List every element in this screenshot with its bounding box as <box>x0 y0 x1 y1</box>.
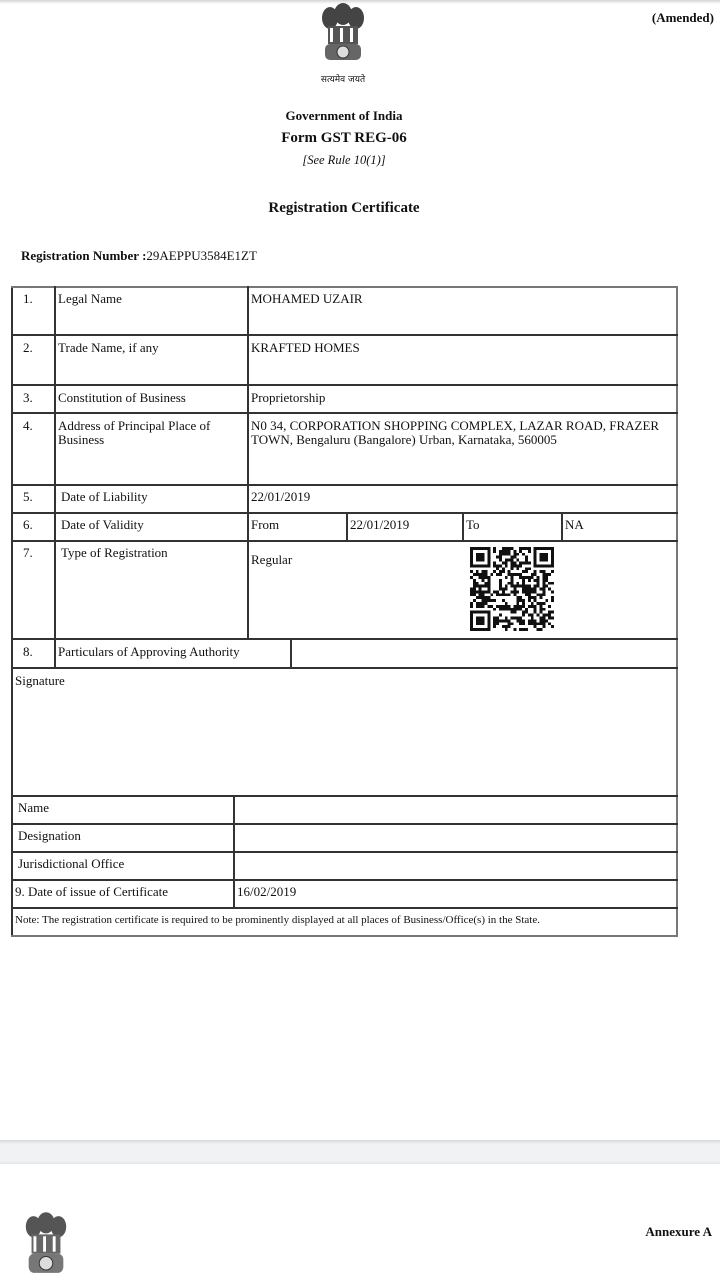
display-note: Note: The registration certificate is re… <box>15 913 540 927</box>
row-type-value: Regular <box>251 553 292 567</box>
row-legal-name-label: Legal Name <box>58 292 122 306</box>
row-constitution-label: Constitution of Business <box>58 391 186 405</box>
page-separator <box>0 1140 720 1164</box>
issue-date-value: 16/02/2019 <box>237 885 296 899</box>
row-address-label: Address of Principal Place of Business <box>58 419 238 447</box>
validity-from-label: From <box>251 518 279 532</box>
validity-from-value: 22/01/2019 <box>350 518 409 532</box>
row-trade-name-label: Trade Name, if any <box>58 341 159 355</box>
row-constitution-value: Proprietorship <box>251 391 325 405</box>
row-approving-num: 8. <box>23 645 33 659</box>
row-trade-name-value: KRAFTED HOMES <box>251 341 360 355</box>
row-type-label: Type of Registration <box>61 546 168 560</box>
amended-label: (Amended) <box>652 10 714 26</box>
national-emblem-icon <box>316 0 370 72</box>
row-legal-name-value: MOHAMED UZAIR <box>251 292 363 306</box>
registration-number-label: Registration Number : <box>21 248 146 263</box>
emblem-motto: सत्यमेव जयते <box>310 72 376 85</box>
row-approving-label: Particulars of Approving Authority <box>58 645 240 659</box>
authority-office-label: Jurisdictional Office <box>18 857 124 871</box>
row-constitution-num: 3. <box>23 391 33 405</box>
validity-to-label: To <box>466 518 480 532</box>
row-liability-value: 22/01/2019 <box>251 490 310 504</box>
rule-reference: [See Rule 10(1)] <box>0 153 688 168</box>
issue-date-label: 9. Date of issue of Certificate <box>15 885 168 899</box>
form-title: Form GST REG-06 <box>0 130 688 147</box>
authority-designation-label: Designation <box>18 829 81 843</box>
row-type-num: 7. <box>23 546 33 560</box>
validity-to-value: NA <box>565 518 584 532</box>
signature-label: Signature <box>15 674 65 688</box>
annexure-label: Annexure A <box>645 1224 712 1240</box>
row-liability-label: Date of Liability <box>61 490 148 504</box>
row-trade-name-num: 2. <box>23 341 33 355</box>
government-heading: Government of India <box>0 108 688 124</box>
registration-number: Registration Number :29AEPPU3584E1ZT <box>21 248 257 264</box>
row-validity-num: 6. <box>23 518 33 532</box>
row-validity-label: Date of Validity <box>61 518 144 532</box>
row-address-num: 4. <box>23 419 33 433</box>
registration-number-value: 29AEPPU3584E1ZT <box>146 248 257 263</box>
row-liability-num: 5. <box>23 490 33 504</box>
row-address-value: N0 34, CORPORATION SHOPPING COMPLEX, LAZ… <box>251 419 671 447</box>
row-legal-name-num: 1. <box>23 292 33 306</box>
authority-name-label: Name <box>18 801 49 815</box>
national-emblem-icon-page-2 <box>20 1208 72 1280</box>
certificate-title: Registration Certificate <box>0 200 688 217</box>
qr-code-icon <box>470 547 554 631</box>
